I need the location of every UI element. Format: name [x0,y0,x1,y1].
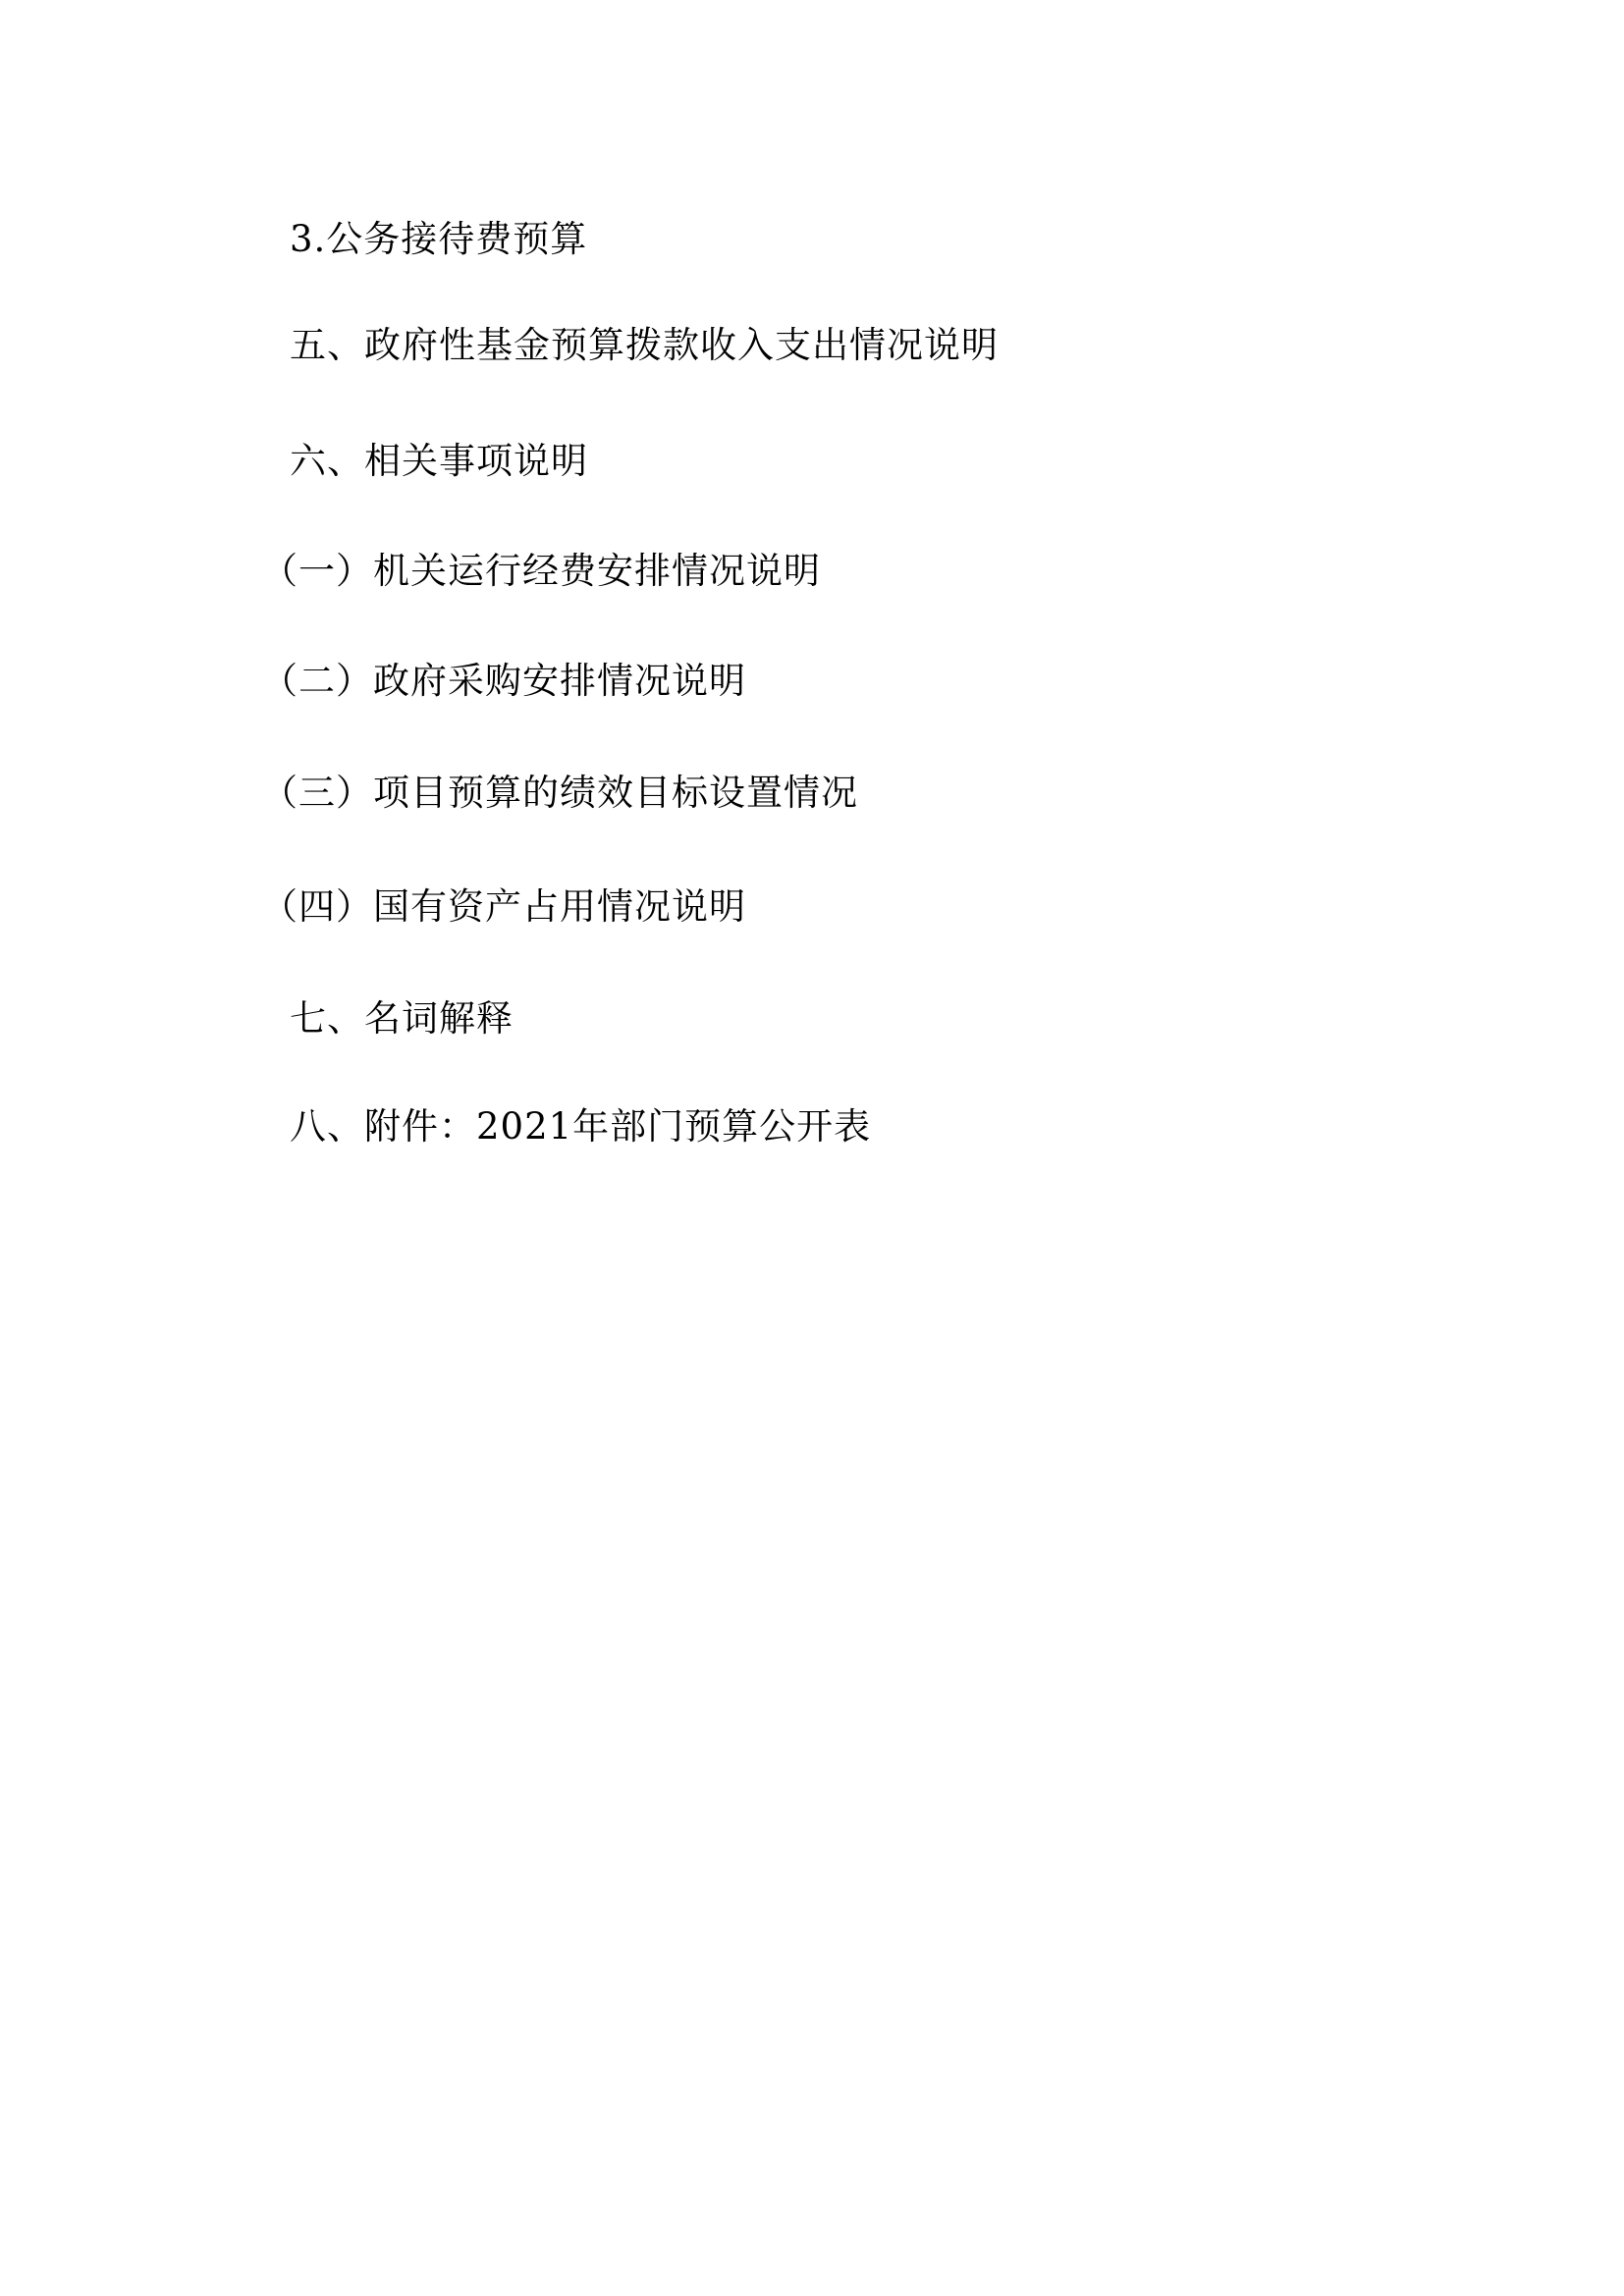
toc-section-glossary: 七、名词解释 [290,997,514,1041]
document-page: 3.公务接待费预算 五、政府性基金预算拨款收入支出情况说明 六、相关事项说明 （… [0,0,1624,2296]
toc-subsection-state-assets: （四）国有资产占用情况说明 [261,885,746,929]
toc-section-attachment: 八、附件：2021年部门预算公开表 [290,1105,871,1148]
toc-item-official-reception-budget: 3.公务接待费预算 [290,218,587,261]
toc-subsection-operating-expenses: （一）机关运行经费安排情况说明 [261,550,821,593]
toc-subsection-performance-targets: （三）项目预算的绩效目标设置情况 [261,772,858,815]
toc-subsection-government-procurement: （二）政府采购安排情况说明 [261,660,746,703]
toc-section-related-matters: 六、相关事项说明 [290,440,588,483]
toc-section-government-fund-budget: 五、政府性基金预算拨款收入支出情况说明 [290,324,999,367]
